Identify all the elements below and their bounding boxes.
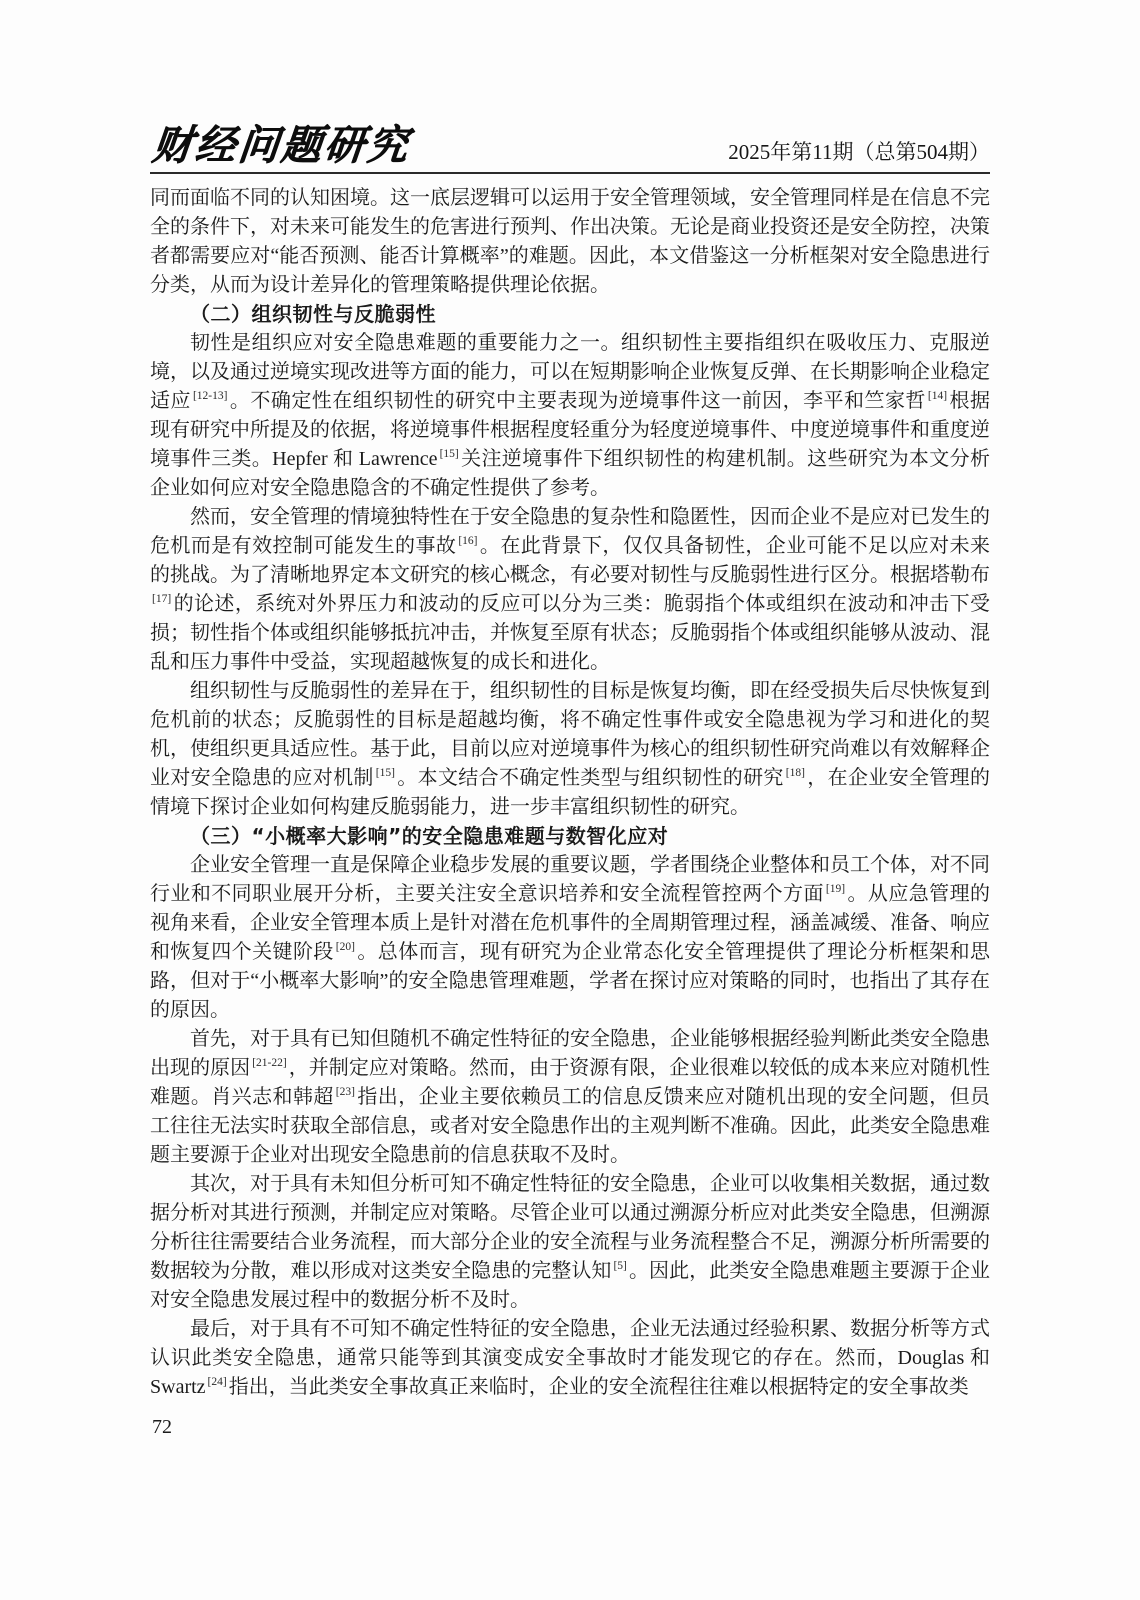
header-divider: [150, 172, 990, 174]
page-number: 72: [152, 1416, 172, 1439]
reference-superscript: [17]: [152, 593, 171, 605]
journal-page: 财经问题研究 2025年第11期（总第504期） 同而面临不同的认知困境。这一底…: [0, 0, 1140, 1600]
reference-superscript: [20]: [336, 941, 355, 953]
paragraph: 韧性是组织应对安全隐患难题的重要能力之一。组织韧性主要指组织在吸收压力、克服逆境…: [150, 329, 990, 503]
paragraph: 组织韧性与反脆弱性的差异在于，组织韧性的目标是恢复均衡，即在经受损失后尽快恢复到…: [150, 677, 990, 822]
reference-superscript: [19]: [826, 883, 845, 895]
paragraph: 最后，对于具有不可知不确定性特征的安全隐患，企业无法通过经验积累、数据分析等方式…: [150, 1315, 990, 1402]
paragraph: 同而面临不同的认知困境。这一底层逻辑可以运用于安全管理领域，安全管理同样是在信息…: [150, 184, 990, 300]
issue-info: 2025年第11期（总第504期）: [728, 138, 990, 166]
section-heading: （二）组织韧性与反脆弱性: [150, 300, 990, 329]
reference-superscript: [21-22]: [252, 1057, 287, 1069]
reference-superscript: [14]: [928, 390, 947, 402]
page-header: 财经问题研究 2025年第11期（总第504期）: [150, 122, 990, 172]
paragraph: 然而，安全管理的情境独特性在于安全隐患的复杂性和隐匿性，因而企业不是应对已发生的…: [150, 503, 990, 677]
section-heading: （三）“小概率大影响”的安全隐患难题与数智化应对: [150, 822, 990, 851]
article-body: 同而面临不同的认知困境。这一底层逻辑可以运用于安全管理领域，安全管理同样是在信息…: [150, 184, 990, 1402]
reference-superscript: [18]: [786, 767, 805, 779]
reference-superscript: [12-13]: [193, 390, 228, 402]
paragraph: 首先，对于具有已知但随机不确定性特征的安全隐患，企业能够根据经验判断此类安全隐患…: [150, 1025, 990, 1170]
journal-logo: 财经问题研究: [150, 123, 413, 168]
reference-superscript: [23]: [336, 1086, 355, 1098]
reference-superscript: [15]: [376, 767, 395, 779]
reference-superscript: [15]: [440, 448, 459, 460]
reference-superscript: [16]: [458, 535, 477, 547]
reference-superscript: [24]: [208, 1376, 227, 1388]
paragraph: 其次，对于具有未知但分析可知不确定性特征的安全隐患，企业可以收集相关数据，通过数…: [150, 1170, 990, 1315]
paragraph: 企业安全管理一直是保障企业稳步发展的重要议题，学者围绕企业整体和员工个体，对不同…: [150, 851, 990, 1025]
reference-superscript: [5]: [613, 1260, 626, 1272]
